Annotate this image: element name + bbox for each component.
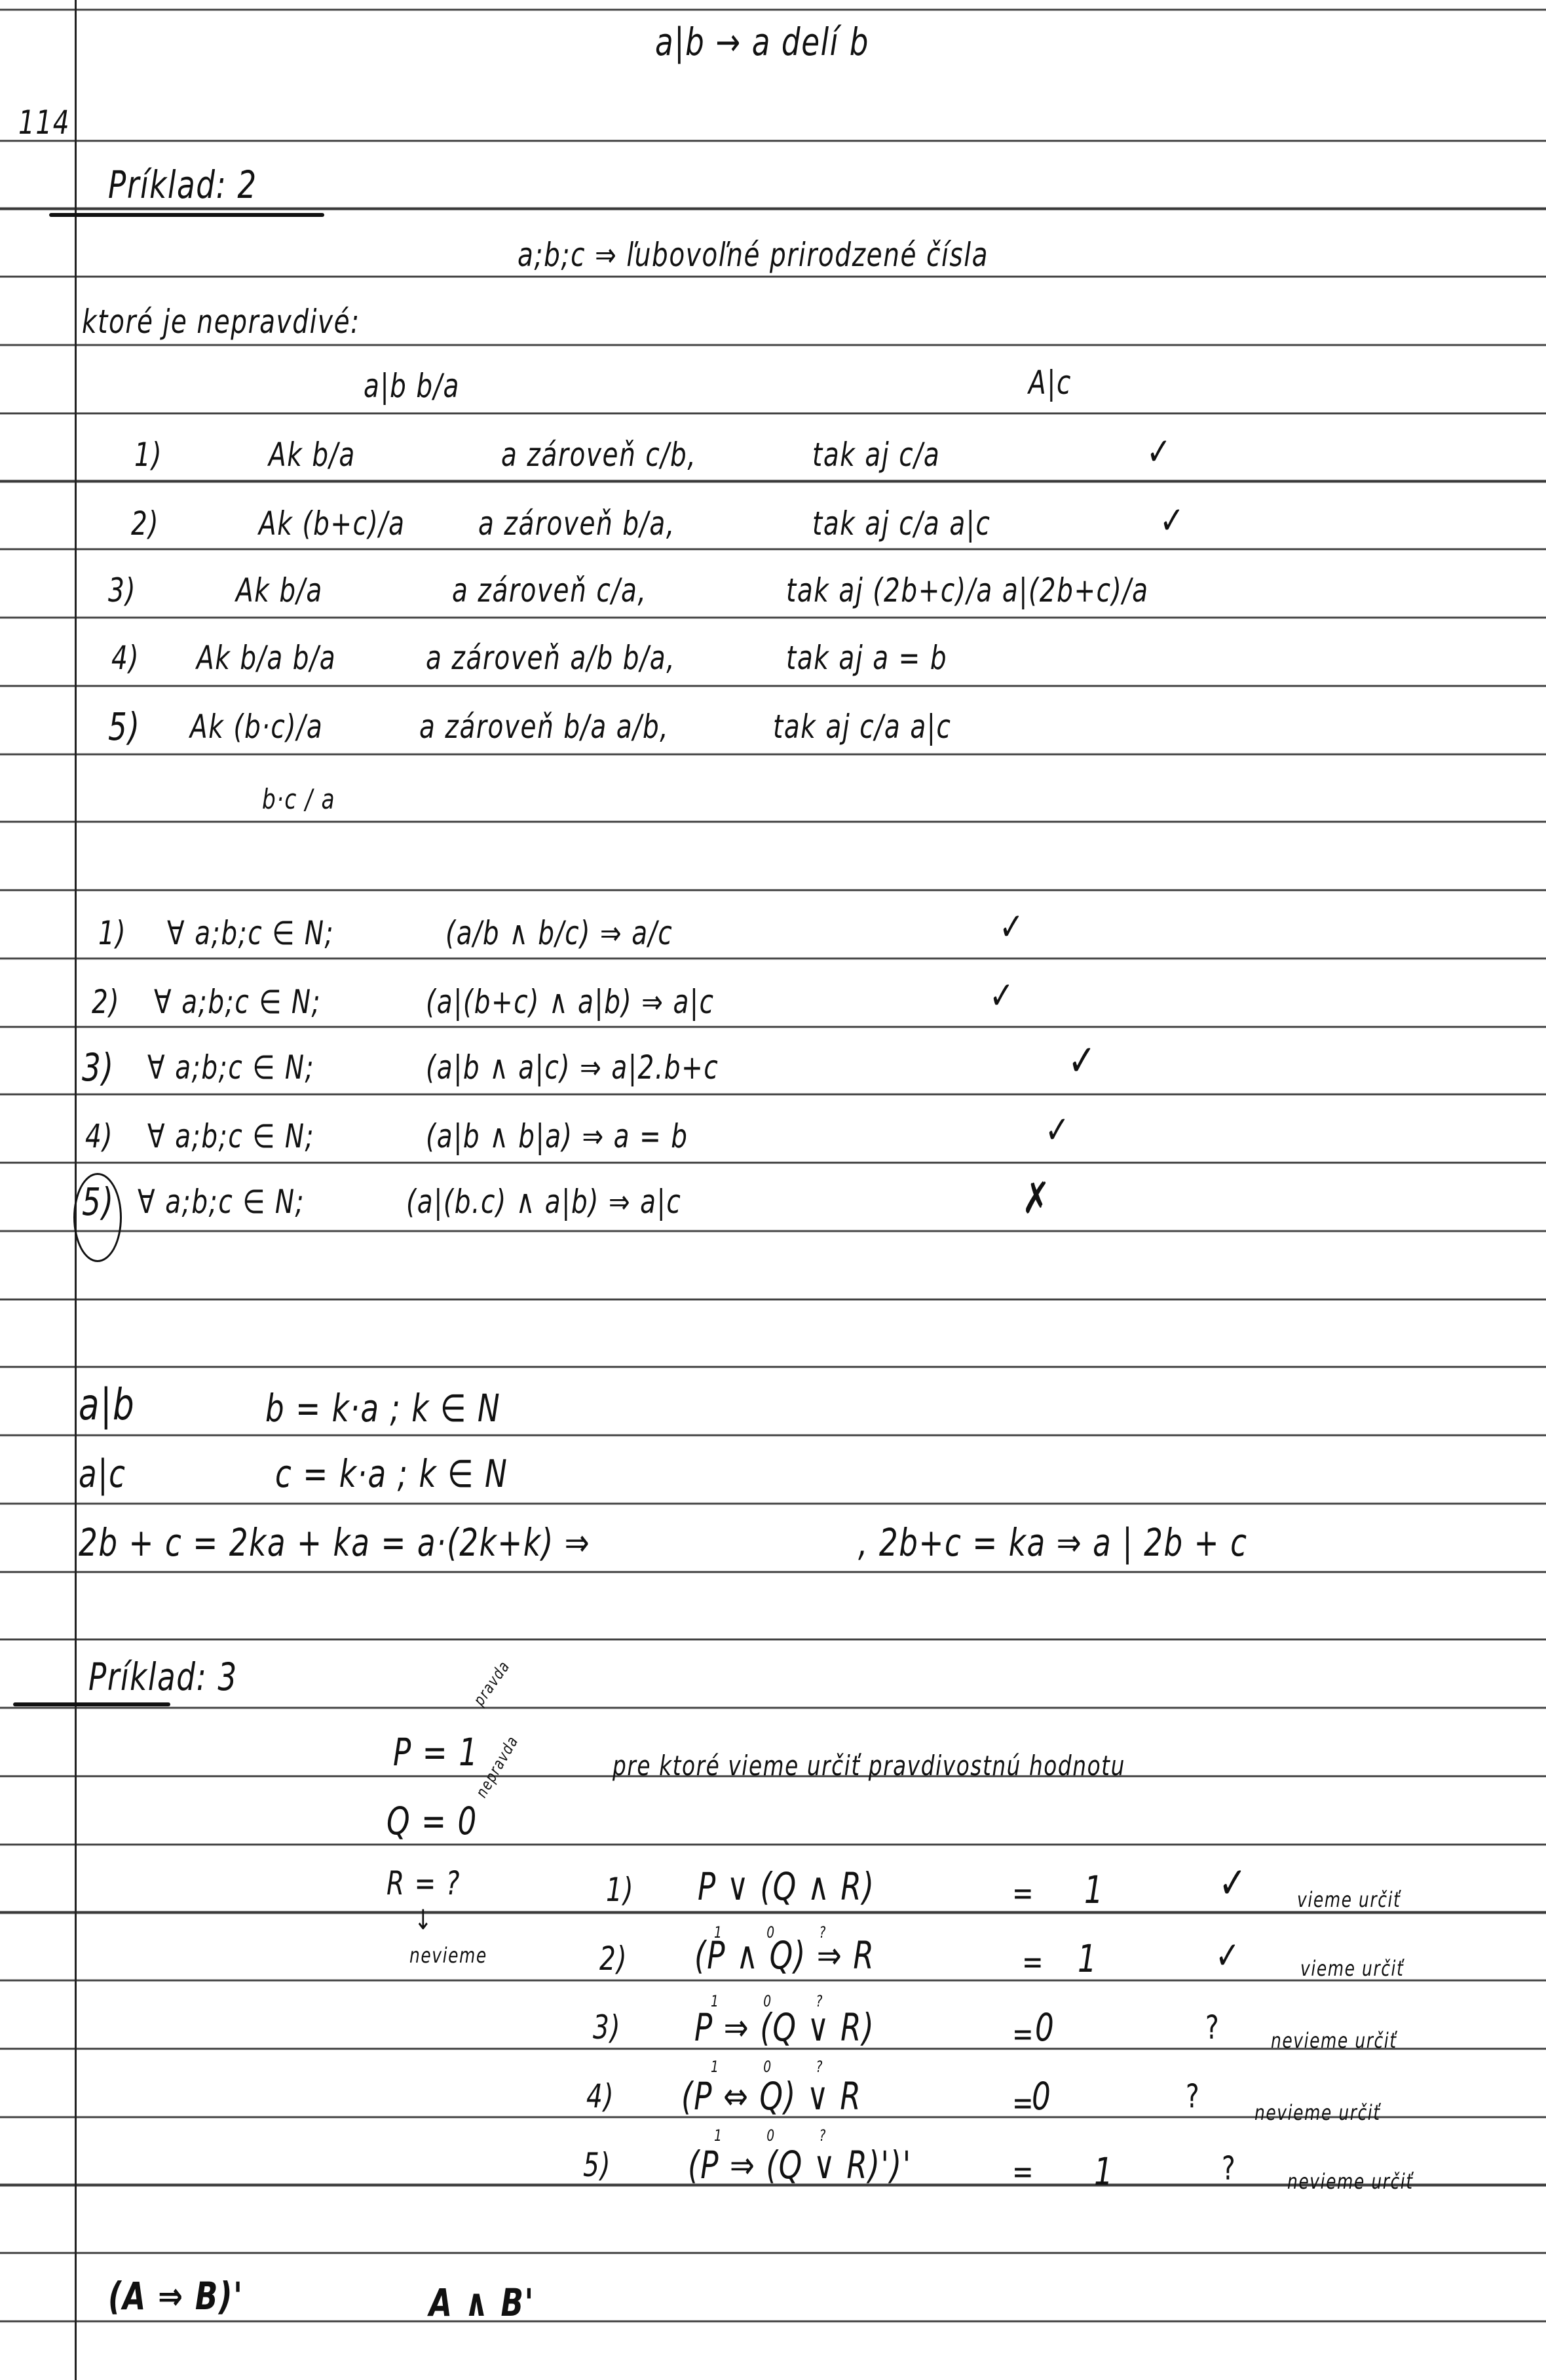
logic-num: 2) (599, 1940, 628, 1978)
proof-right: c = k·a ; k ∈ N (275, 1451, 508, 1496)
formal-expression: (a|b ∧ b|a) ⇒ a = b (426, 1117, 688, 1155)
formal-num: 5) (82, 1180, 115, 1224)
example2-question: ktoré je nepravdivé: (82, 303, 360, 341)
statement-then: tak aj c/a a|c (812, 505, 991, 543)
footer-right: A ∧ B' (429, 2280, 535, 2325)
proof-right: , 2b+c = ka ⇒ a | 2b + c (858, 1520, 1248, 1565)
margin-line (75, 0, 77, 2380)
col-label-right: A|c (1028, 364, 1072, 402)
formal-quantifier: ∀ a;b;c ∈ N; (138, 1183, 305, 1221)
statement-num: 3) (108, 571, 136, 609)
statement-and: a zároveň c/a, (452, 571, 647, 609)
q-note: nepravda (472, 1733, 522, 1801)
col-label-left: a|b b/a (364, 367, 460, 405)
example2-title: Príklad: 2 (108, 163, 257, 207)
truth-annotation: 1 0 ? (714, 2126, 846, 2145)
header-note: a|b → a delí b (655, 20, 869, 64)
verdict: vieme určiť (1297, 1887, 1401, 1912)
check-icon: ✓ (999, 904, 1025, 949)
statement-if: Ak (b·c)/a (190, 708, 323, 746)
statement-num: 5) (108, 704, 141, 749)
truth-value: 1 (1094, 2149, 1114, 2194)
check-icon: ✓ (1045, 1107, 1070, 1152)
truth-value: 1 (1078, 1936, 1097, 1981)
formal-expression: (a/b ∧ b/c) ⇒ a/c (445, 914, 673, 952)
equals-sign: = (1012, 2015, 1034, 2053)
r-definition: R = ? (387, 1864, 461, 1902)
statement-then: tak aj (2b+c)/a a|(2b+c)/a (786, 571, 1149, 609)
statement-num: 1) (134, 436, 162, 474)
truth-value: 0 (1035, 2005, 1055, 2050)
formal-quantifier: ∀ a;b;c ∈ N; (154, 983, 321, 1021)
statement-num: 2) (131, 505, 159, 543)
question-icon: ? (1222, 2149, 1236, 2187)
statement-and: a zároveň c/b, (501, 436, 696, 474)
check-icon: ✓ (1068, 1035, 1097, 1086)
formal-num: 2) (92, 983, 120, 1021)
logic-expression: (P ⇔ Q) ∨ R (681, 2074, 861, 2119)
formal-expression: (a|(b.c) ∧ a|b) ⇒ a|c (406, 1183, 681, 1221)
example2-given: a;b;c ⇒ ľubovoľné prirodzené čísla (518, 236, 989, 274)
cross-icon: ✗ (1022, 1173, 1051, 1223)
proof-left: a|c (79, 1451, 126, 1496)
formal-expression: (a|(b+c) ∧ a|b) ⇒ a|c (426, 983, 715, 1021)
verdict: nevieme určiť (1287, 2169, 1414, 2194)
check-icon: ✓ (1159, 498, 1185, 543)
truth-value: 0 (1032, 2074, 1051, 2119)
r-note: nevieme (409, 1943, 487, 1968)
q-definition: Q = 0 (387, 1799, 478, 1843)
check-icon: ✓ (1146, 429, 1172, 474)
statement-num: 4) (111, 639, 140, 677)
formal-num: 3) (82, 1045, 115, 1090)
verdict: nevieme určiť (1254, 2100, 1381, 2125)
statement-and: a zároveň b/a, (478, 505, 675, 543)
logic-expression: (P ∧ Q) ⇒ R (694, 1933, 875, 1978)
fraction-note: b·c / a (262, 783, 335, 815)
logic-expression: P ⇒ (Q ∨ R) (694, 2005, 875, 2050)
truth-annotation: 1 0 ? (711, 2058, 843, 2076)
formal-num: 4) (85, 1117, 113, 1155)
equals-sign: = (1022, 1943, 1044, 1981)
verdict: vieme určiť (1300, 1956, 1404, 1981)
p-note: pravda (470, 1657, 514, 1709)
statement-then: tak aj c/a (812, 436, 940, 474)
statement-if: Ak b/a b/a (197, 639, 336, 677)
equals-sign: = (1012, 1874, 1034, 1912)
verdict: nevieme určiť (1271, 2028, 1397, 2053)
statement-if: Ak b/a (269, 436, 356, 474)
formal-quantifier: ∀ a;b;c ∈ N; (147, 1048, 314, 1086)
title-underline (49, 213, 324, 217)
proof-right: b = k·a ; k ∈ N (265, 1386, 500, 1430)
equals-sign: = (1012, 2153, 1034, 2191)
notebook-page: a|b → a delí b 114 Príklad: 2 a;b;c ⇒ ľu… (0, 0, 1546, 2380)
formal-num: 1) (98, 914, 126, 952)
logic-expression: P ∨ (Q ∧ R) (698, 1864, 875, 1909)
statement-and: a zároveň a/b b/a, (426, 639, 675, 677)
check-icon: ✓ (1215, 1933, 1241, 1978)
proof-left: a|b (79, 1379, 135, 1430)
check-icon: ✓ (1218, 1858, 1248, 1908)
logic-num: 1) (606, 1871, 634, 1909)
check-icon: ✓ (989, 973, 1015, 1018)
statement-if: Ak (b+c)/a (259, 505, 405, 543)
logic-expression: (P ⇒ (Q ∨ R)')' (688, 2143, 912, 2187)
proof-left: 2b + c = 2ka + ka = a·(2k+k) ⇒ (79, 1520, 590, 1565)
statement-then: tak aj c/a a|c (773, 708, 952, 746)
title-underline (13, 1702, 170, 1706)
logic-num: 3) (593, 2008, 621, 2046)
page-number: 114 (18, 104, 70, 142)
formal-expression: (a|b ∧ a|c) ⇒ a|2.b+c (426, 1048, 719, 1086)
statement-if: Ak b/a (236, 571, 323, 609)
question-icon: ? (1186, 2077, 1200, 2115)
example3-title: Príklad: 3 (88, 1655, 238, 1699)
logic-num: 4) (586, 2077, 614, 2115)
example3-explanation: pre ktoré vieme určiť pravdivostnú hodno… (613, 1750, 1125, 1782)
truth-value: 1 (1084, 1868, 1104, 1912)
formal-quantifier: ∀ a;b;c ∈ N; (167, 914, 334, 952)
statement-then: tak aj a = b (786, 639, 947, 677)
question-icon: ? (1205, 2008, 1220, 2046)
down-arrow-icon: ↓ (414, 1904, 433, 1936)
formal-quantifier: ∀ a;b;c ∈ N; (147, 1117, 314, 1155)
footer-left: (A ⇒ B)' (108, 2274, 244, 2318)
statement-and: a zároveň b/a a/b, (419, 708, 669, 746)
p-definition: P = 1 (393, 1730, 479, 1775)
logic-num: 5) (583, 2146, 611, 2184)
